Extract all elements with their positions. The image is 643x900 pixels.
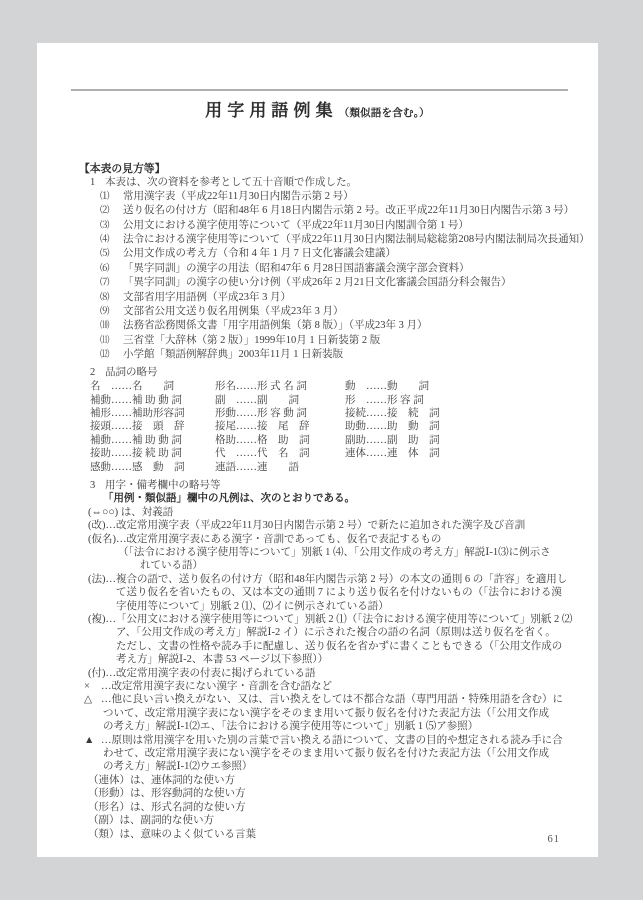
legend-text: （類）は、意味のよく似ている言葉 bbox=[88, 829, 256, 840]
legend-line: の考え方」解説Ⅰ-1⑵エ、「法令における漢字使用等について」別紙 1 ⑸ア参照） bbox=[79, 720, 582, 733]
reference-item: ⑸公用文作成の考え方（令和 4 年 1 月 7 日文化審議会建議） bbox=[79, 247, 582, 261]
page-number: 61 bbox=[548, 834, 561, 845]
section-1-lead: 1本表は、次の資料を参考として五十音順で作成した。 bbox=[79, 176, 582, 189]
legend-line: （「法令における漢字使用等について」別紙 1 ⑷、「公用文作成の考え方」解説Ⅰ-… bbox=[79, 546, 582, 559]
legend-text: れている語） bbox=[140, 560, 203, 571]
pos-cell: 連語……連 語 bbox=[215, 461, 345, 474]
legend-line: ただし、文書の性格や読み手に配慮し、送り仮名を省かずに書くこともできる（「公用文… bbox=[79, 640, 582, 653]
legend-line: (仮名)…改定常用漢字表にある漢字・音訓であっても、仮名で表記するもの bbox=[79, 533, 582, 546]
reference-item-number: ⑹ bbox=[100, 263, 123, 276]
legend-text: （形名）は、形式名詞的な使い方 bbox=[88, 802, 246, 813]
legend-text: (複)…「公用文における漢字使用等について」別紙 2 ⑴（「法令における漢字使用… bbox=[88, 614, 572, 625]
reference-item: ⑿小学館「類語例解辞典」2003年11月 1 日新装版 bbox=[79, 348, 582, 362]
part-of-speech-row: 接頭……接 頭 辞接尾……接 尾 辞助動……助 動 詞 bbox=[90, 420, 582, 433]
reference-item-text: 「異字同訓」の漢字の使い分け例（平成26年 2 月21日文化審議会国語分科会報告… bbox=[123, 277, 512, 288]
page-title: 用字用語例集（類似語を含む。） bbox=[37, 96, 598, 121]
legend-line: （形名）は、形式名詞的な使い方 bbox=[79, 801, 582, 814]
page-title-suffix: （類似語を含む。） bbox=[339, 107, 430, 119]
reference-item-number: ⑿ bbox=[100, 349, 123, 362]
title-rule bbox=[71, 89, 568, 91]
pos-cell: 連体……連 体 詞 bbox=[345, 447, 582, 460]
legend-text: ア、「公用文作成の考え方」解説Ⅰ-2 イ）に示された複合の語の名詞（原則は送り仮… bbox=[116, 627, 556, 638]
legend-line: れている語） bbox=[79, 559, 582, 572]
legend-line: (⇔○○) は、対義語 bbox=[79, 506, 582, 519]
pos-cell: 接尾……接 尾 辞 bbox=[215, 420, 345, 433]
legend-line: の考え方」解説Ⅰ-1⑵ウエ参照） bbox=[79, 760, 582, 773]
legend-text: ただし、文書の性格や読み手に配慮し、送り仮名を省かずに書くこともできる（「公用文… bbox=[116, 641, 562, 652]
pos-cell: 助動……助 動 詞 bbox=[345, 420, 582, 433]
part-of-speech-table: 名 ……名 詞形名……形 式 名 詞動 ……動 詞 補動……補 助 動 詞副 …… bbox=[90, 380, 582, 474]
part-of-speech-row: 接助……接 続 助 詞代 ……代 名 詞連体……連 体 詞 bbox=[90, 447, 582, 460]
legend-line: ア、「公用文作成の考え方」解説Ⅰ-2 イ）に示された複合の語の名詞（原則は送り仮… bbox=[79, 626, 582, 639]
legend-line: (改)…改定常用漢字表（平成22年11月30日内閣告示第 2 号）で新たに追加さ… bbox=[79, 519, 582, 532]
section-2-heading: 2品詞の略号 bbox=[79, 366, 582, 379]
legend-line: ▲…原則は常用漢字を用いた別の言葉で言い換える語について、文書の目的や想定される… bbox=[79, 734, 582, 747]
legend-text: （「法令における漢字使用等について」別紙 1 ⑷、「公用文作成の考え方」解説Ⅰ-… bbox=[118, 547, 551, 558]
pos-cell: 名 ……名 詞 bbox=[90, 380, 215, 393]
reference-item-number: ⑼ bbox=[100, 306, 123, 319]
reference-item-text: 常用漢字表（平成22年11月30日内閣告示第 2 号） bbox=[123, 191, 354, 202]
reference-item: ⑵送り仮名の付け方（昭和48年 6 月18日内閣告示第 2 号。改正平成22年1… bbox=[79, 204, 582, 218]
legend-section-heading: 【本表の見方等】 bbox=[79, 163, 582, 176]
reference-item-text: 法令における漢字使用等について（平成22年11月30日内閣法制局総総第208号内… bbox=[123, 234, 590, 245]
reference-item-text: 文部省用字用語例（平成23年 3 月） bbox=[123, 292, 291, 303]
legend-text: …改定常用漢字表にない漢字・音訓を含む語など bbox=[101, 681, 332, 692]
reference-item: ⑻文部省用字用語例（平成23年 3 月） bbox=[79, 291, 582, 305]
screenshot-root: { "page": { "number": "61" }, "header": … bbox=[0, 0, 643, 900]
page-title-text: 用字用語例集 bbox=[205, 101, 338, 120]
legend-line: わせて、改定常用漢字表にない漢字をそのまま用いて振り仮名を付けた表記方法（「公用… bbox=[79, 747, 582, 760]
reference-item: ⑺「異字同訓」の漢字の使い分け例（平成26年 2 月21日文化審議会国語分科会報… bbox=[79, 276, 582, 290]
legend-line: （類）は、意味のよく似ている言葉 bbox=[79, 828, 582, 841]
reference-item-text: 法務省訟務関係文書「用字用語例集（第 8 版）」（平成23年 3 月） bbox=[123, 320, 428, 331]
legend-text: …原則は常用漢字を用いた別の言葉で言い換える語について、文書の目的や想定される読… bbox=[101, 735, 563, 746]
reference-item-number: ⑸ bbox=[100, 248, 123, 261]
reference-item-number: ⑷ bbox=[100, 234, 123, 247]
section-3-number: 3 bbox=[90, 479, 105, 492]
section-1-number: 1 bbox=[90, 176, 105, 189]
legend-text: （副）は、副詞的な使い方 bbox=[88, 815, 214, 826]
reference-item: ⑷法令における漢字使用等について（平成22年11月30日内閣法制局総総第208号… bbox=[79, 233, 582, 247]
reference-item-number: ⑺ bbox=[100, 277, 123, 290]
pos-cell: 接助……接 続 助 詞 bbox=[90, 447, 215, 460]
part-of-speech-row: 名 ……名 詞形名……形 式 名 詞動 ……動 詞 bbox=[90, 380, 582, 393]
legend-line: (付)…改定常用漢字表の付表に掲げられている語 bbox=[79, 667, 582, 680]
reference-item-number: ⑵ bbox=[100, 205, 123, 218]
reference-list: ⑴常用漢字表（平成22年11月30日内閣告示第 2 号） ⑵送り仮名の付け方（昭… bbox=[79, 190, 582, 363]
section-3-heading: 3用字・備考欄中の略号等 bbox=[79, 479, 582, 492]
pos-cell: 感動……感 動 詞 bbox=[90, 461, 215, 474]
reference-item-number: ⑽ bbox=[100, 320, 123, 333]
legend-text: (⇔○○) は、対義語 bbox=[88, 507, 173, 518]
pos-cell: 接頭……接 頭 辞 bbox=[90, 420, 215, 433]
reference-item-number: ⑻ bbox=[100, 292, 123, 305]
pos-cell: 形 ……形 容 詞 bbox=[345, 394, 582, 407]
pos-cell: 格助……格 助 詞 bbox=[215, 434, 345, 447]
legend-marker: ▲ bbox=[84, 734, 101, 747]
pos-cell bbox=[345, 461, 582, 474]
legend-line: （副）は、副詞的な使い方 bbox=[79, 814, 582, 827]
legend-text: (付)…改定常用漢字表の付表に掲げられている語 bbox=[88, 668, 316, 679]
part-of-speech-row: 補動……補 助 動 詞副 ……副 詞形 ……形 容 詞 bbox=[90, 394, 582, 407]
document-page: 用字用語例集（類似語を含む。） 【本表の見方等】 1本表は、次の資料を参考として… bbox=[37, 43, 598, 857]
reference-item: ⑹「異字同訓」の漢字の用法（昭和47年 6 月28日国語審議会漢字部会資料） bbox=[79, 262, 582, 276]
legend-text: （形動）は、形容動詞的な使い方 bbox=[88, 788, 246, 799]
legend-text: ついて、改定常用漢字表にない漢字をそのまま用いて振り仮名を付けた表記方法（「公用… bbox=[103, 708, 549, 719]
reference-item-text: 小学館「類語例解辞典」2003年11月 1 日新装版 bbox=[123, 349, 343, 360]
pos-cell: 形名……形 式 名 詞 bbox=[215, 380, 345, 393]
pos-cell: 補動……補 助 動 詞 bbox=[90, 394, 215, 407]
legend-line: て送り仮名を省いたもの、又は本文の通則 7 により送り仮名を付けないもの（「法令… bbox=[79, 586, 582, 599]
legend-text: …他に良い言い換えがない、又は、言い換えをしては不都合な語（専門用語・特殊用語を… bbox=[101, 694, 563, 705]
legend-line: ×…改定常用漢字表にない漢字・音訓を含む語など bbox=[79, 680, 582, 693]
reference-item-number: ⑶ bbox=[100, 220, 123, 233]
pos-cell: 接続……接 続 詞 bbox=[345, 407, 582, 420]
section-2-number: 2 bbox=[90, 366, 105, 379]
part-of-speech-row: 補形……補助形容詞形動……形 容 動 詞接続……接 続 詞 bbox=[90, 407, 582, 420]
reference-item: ⑼文部省公用文送り仮名用例集（平成23年 3 月） bbox=[79, 305, 582, 319]
reference-item-text: 文部省公用文送り仮名用例集（平成23年 3 月） bbox=[123, 306, 344, 317]
legend-text: (改)…改定常用漢字表（平成22年11月30日内閣告示第 2 号）で新たに追加さ… bbox=[88, 520, 525, 531]
pos-cell: 代 ……代 名 詞 bbox=[215, 447, 345, 460]
reference-item: ⑽法務省訟務関係文書「用字用語例集（第 8 版）」（平成23年 3 月） bbox=[79, 319, 582, 333]
legend-line: △…他に良い言い換えがない、又は、言い換えをしては不都合な語（専門用語・特殊用語… bbox=[79, 693, 582, 706]
legend-text: (法)…複合の語で、送り仮名の付け方（昭和48年内閣告示第 2 号）の本文の通則… bbox=[88, 574, 567, 585]
legend-marker: △ bbox=[84, 693, 101, 706]
pos-cell: 動 ……動 詞 bbox=[345, 380, 582, 393]
reference-item: ⑾三省堂「大辞林（第 2 版）」1999年10月 1 日新装第 2 版 bbox=[79, 334, 582, 348]
pos-cell: 補形……補助形容詞 bbox=[90, 407, 215, 420]
reference-item: ⑴常用漢字表（平成22年11月30日内閣告示第 2 号） bbox=[79, 190, 582, 204]
legend-text: 字使用等について」別紙 2 ⑴、⑵イに例示されている語） bbox=[116, 601, 389, 612]
reference-item: ⑶公用文における漢字使用等について（平成22年11月30日内閣訓令第 1 号） bbox=[79, 219, 582, 233]
part-of-speech-row: 感動……感 動 詞連語……連 語 bbox=[90, 461, 582, 474]
legend-intro: 「用例・類似語」欄中の凡例は、次のとおりである。 bbox=[79, 492, 582, 505]
document-body: 【本表の見方等】 1本表は、次の資料を参考として五十音順で作成した。 ⑴常用漢字… bbox=[37, 163, 598, 841]
reference-item-number: ⑾ bbox=[100, 335, 123, 348]
legend-line: (複)…「公用文における漢字使用等について」別紙 2 ⑴（「法令における漢字使用… bbox=[79, 613, 582, 626]
pos-cell: 副 ……副 詞 bbox=[215, 394, 345, 407]
pos-cell: 補動……補 助 動 詞 bbox=[90, 434, 215, 447]
pos-cell: 形動……形 容 動 詞 bbox=[215, 407, 345, 420]
legend-line: ついて、改定常用漢字表にない漢字をそのまま用いて振り仮名を付けた表記方法（「公用… bbox=[79, 707, 582, 720]
reference-item-text: 三省堂「大辞林（第 2 版）」1999年10月 1 日新装第 2 版 bbox=[123, 335, 380, 346]
legend-line: （形動）は、形容動詞的な使い方 bbox=[79, 787, 582, 800]
reference-item-number: ⑴ bbox=[100, 191, 123, 204]
legend-text: 考え方」解説Ⅰ-2、本書 53 ページ以下参照）） bbox=[116, 654, 328, 665]
legend-line: 考え方」解説Ⅰ-2、本書 53 ページ以下参照）） bbox=[79, 653, 582, 666]
legend-text: (仮名)…改定常用漢字表にある漢字・音訓であっても、仮名で表記するもの bbox=[88, 534, 441, 545]
legend-line: (法)…複合の語で、送り仮名の付け方（昭和48年内閣告示第 2 号）の本文の通則… bbox=[79, 573, 582, 586]
part-of-speech-row: 補動……補 助 動 詞格助……格 助 詞副助……副 助 詞 bbox=[90, 434, 582, 447]
reference-item-text: 送り仮名の付け方（昭和48年 6 月18日内閣告示第 2 号。改正平成22年11… bbox=[123, 205, 574, 216]
section-3-heading-text: 用字・備考欄中の略号等 bbox=[105, 480, 221, 491]
legend-text: の考え方」解説Ⅰ-1⑵ウエ参照） bbox=[103, 761, 252, 772]
reference-item-text: 公用文作成の考え方（令和 4 年 1 月 7 日文化審議会建議） bbox=[123, 248, 396, 259]
legend-list: (⇔○○) は、対義語 (改)…改定常用漢字表（平成22年11月30日内閣告示第… bbox=[79, 506, 582, 841]
legend-line: （連体）は、連体詞的な使い方 bbox=[79, 774, 582, 787]
legend-line: 字使用等について」別紙 2 ⑴、⑵イに例示されている語） bbox=[79, 600, 582, 613]
section-1-lead-text: 本表は、次の資料を参考として五十音順で作成した。 bbox=[105, 177, 357, 188]
legend-marker: × bbox=[84, 680, 101, 693]
legend-text: （連体）は、連体詞的な使い方 bbox=[88, 775, 235, 786]
legend-text: わせて、改定常用漢字表にない漢字をそのまま用いて振り仮名を付けた表記方法（「公用… bbox=[103, 748, 549, 759]
pos-cell: 副助……副 助 詞 bbox=[345, 434, 582, 447]
reference-item-text: 公用文における漢字使用等について（平成22年11月30日内閣訓令第 1 号） bbox=[123, 220, 469, 231]
section-2-heading-text: 品詞の略号 bbox=[105, 367, 158, 378]
reference-item-text: 「異字同訓」の漢字の用法（昭和47年 6 月28日国語審議会漢字部会資料） bbox=[123, 263, 470, 274]
legend-text: の考え方」解説Ⅰ-1⑵エ、「法令における漢字使用等について」別紙 1 ⑸ア参照） bbox=[103, 721, 478, 732]
legend-text: て送り仮名を省いたもの、又は本文の通則 7 により送り仮名を付けないもの（「法令… bbox=[116, 587, 562, 598]
